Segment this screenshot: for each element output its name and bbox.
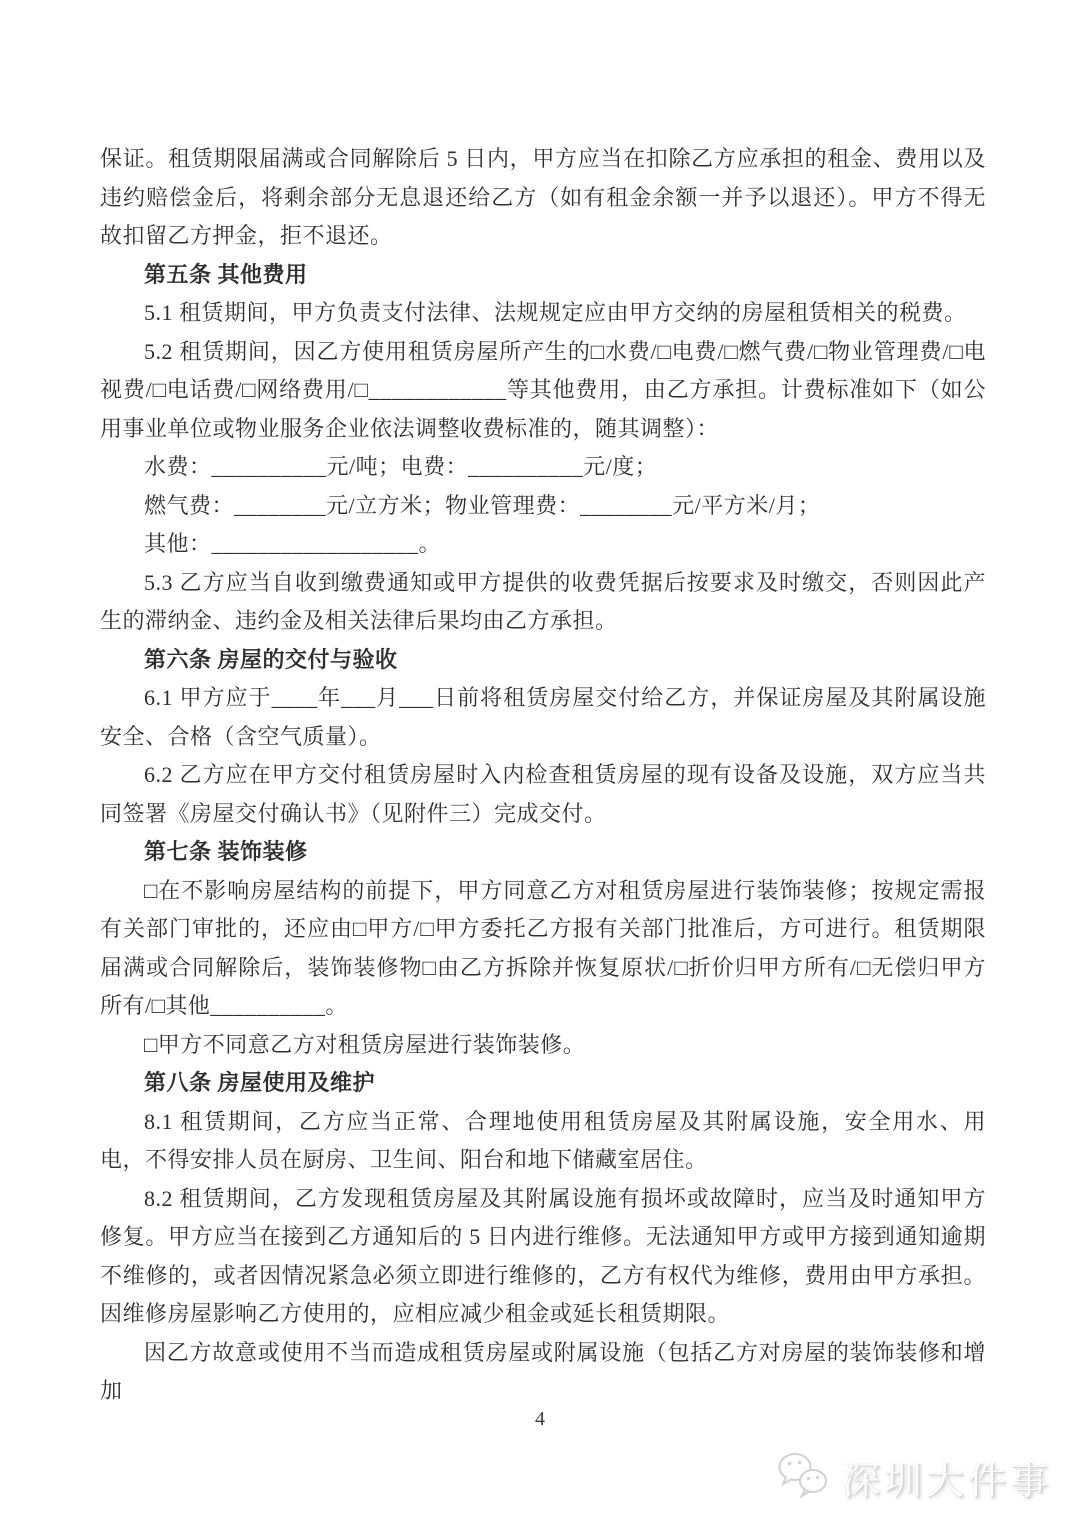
clause-8-2-text: 8.2 租赁期间，乙方发现租赁房屋及其附属设施有损坏或故障时，应当及时通知甲方修… bbox=[100, 1180, 986, 1334]
clause-8-1-text: 8.1 租赁期间，乙方应当正常、合理地使用租赁房屋及其附属设施，安全用水、用电，… bbox=[100, 1103, 986, 1180]
clause-6-2-text: 6.2 乙方应在甲方交付租赁房屋时入内检查租赁房屋的现有设备及设施，双方应当共同… bbox=[100, 756, 986, 833]
page-number: 4 bbox=[0, 1408, 1080, 1431]
watermark-label: 深圳大件事 bbox=[842, 1450, 1052, 1505]
watermark: 深圳大件事 bbox=[774, 1450, 1052, 1505]
contract-page: 保证。租赁期限届满或合同解除后 5 日内，甲方应当在扣除乙方应承担的租金、费用以… bbox=[0, 0, 1080, 1527]
clause-8-3-text: 因乙方故意或使用不当而造成租赁房屋或附属设施（包括乙方对房屋的装饰装修和增加 bbox=[100, 1334, 986, 1411]
clause-4-continuation-text: 保证。租赁期限届满或合同解除后 5 日内，甲方应当在扣除乙方应承担的租金、费用以… bbox=[100, 140, 986, 256]
clause-5-1-text: 5.1 租赁期间，甲方负责支付法律、法规规定应由甲方交纳的房屋租赁相关的税费。 bbox=[100, 294, 986, 333]
clause-5-2-text: 5.2 租赁期间，因乙方使用租赁房屋所产生的□水费/□电费/□燃气费/□物业管理… bbox=[100, 333, 986, 449]
fee-line-gas-property: 燃气费：________元/立方米；物业管理费：________元/平方米/月； bbox=[100, 487, 986, 526]
clause-6-1-text: 6.1 甲方应于____年___月___日前将租赁房屋交付给乙方，并保证房屋及其… bbox=[100, 679, 986, 756]
fee-line-other: 其他：__________________。 bbox=[100, 525, 986, 564]
clause-8-heading: 第八条 房屋使用及维护 bbox=[100, 1064, 986, 1103]
contract-body: 保证。租赁期限届满或合同解除后 5 日内，甲方应当在扣除乙方应承担的租金、费用以… bbox=[100, 140, 986, 1411]
wechat-chat-bubbles-icon bbox=[774, 1451, 832, 1504]
clause-5-heading: 第五条 其他费用 bbox=[100, 256, 986, 295]
clause-7-option-deny-text: □甲方不同意乙方对租赁房屋进行装饰装修。 bbox=[100, 1026, 986, 1065]
clause-6-heading: 第六条 房屋的交付与验收 bbox=[100, 641, 986, 680]
fee-line-water-electricity: 水费：__________元/吨；电费：__________元/度； bbox=[100, 448, 986, 487]
clause-7-option-allow-text: □在不影响房屋结构的前提下，甲方同意乙方对租赁房屋进行装饰装修；按规定需报有关部… bbox=[100, 872, 986, 1026]
clause-5-3-text: 5.3 乙方应当自收到缴费通知或甲方提供的收费凭据后按要求及时缴交，否则因此产生… bbox=[100, 564, 986, 641]
clause-7-heading: 第七条 装饰装修 bbox=[100, 833, 986, 872]
